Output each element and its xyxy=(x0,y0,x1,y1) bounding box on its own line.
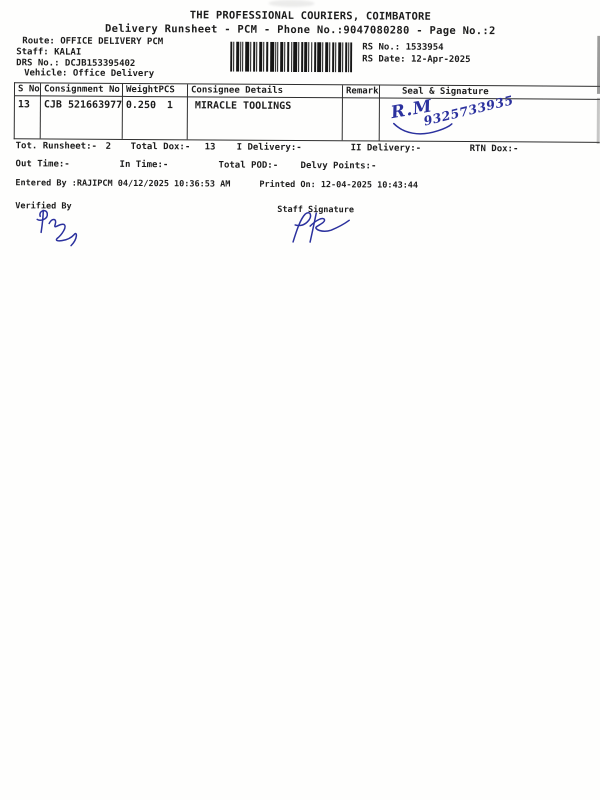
rs-date: RS Date: 12-Apr-2025 xyxy=(362,54,470,65)
col-header-pcs: PCS xyxy=(158,85,174,96)
col-header-sno: S No xyxy=(15,83,41,96)
col-header-weight-pcs: WeightPCS xyxy=(123,84,188,97)
scan-edge-artifact xyxy=(597,98,600,144)
in-time-label: In Time:- xyxy=(120,160,169,170)
delvy-points-label: Delvy Points:- xyxy=(301,161,377,171)
staff-line: Staff: KALAI xyxy=(16,47,81,57)
out-time-label: Out Time:- xyxy=(16,159,70,169)
seal-signature-flourish xyxy=(392,121,454,141)
tot-runsheet-value: 2 xyxy=(106,142,111,152)
cell-weight: 0.250 xyxy=(126,100,156,139)
printed-on-line: Printed On: 12-04-2025 10:43:44 xyxy=(259,180,418,191)
col-header-consignment: Consignment No xyxy=(41,83,123,97)
scan-smudge-artifact xyxy=(269,0,315,7)
entered-by-line: Entered By :RAJIPCM 04/12/2025 10:36:53 … xyxy=(15,178,230,189)
staff-signature xyxy=(287,211,353,249)
cell-consignee: MIRACLE TOOLINGS xyxy=(188,97,343,140)
col-header-weight: Weight xyxy=(126,85,159,96)
vehicle-line: Vehicle: Office Delivery xyxy=(24,68,154,79)
document-subtitle: Delivery Runsheet - PCM - Phone No.:9047… xyxy=(0,22,600,38)
tot-runsheet-label: Tot. Runsheet:- xyxy=(16,141,97,151)
scanned-sheet: THE PROFESSIONAL COURIERS, COIMBATORE De… xyxy=(0,0,600,800)
i-delivery-label: I Delivery:- xyxy=(237,143,302,153)
total-dox-label: Total Dox:- xyxy=(131,142,191,152)
company-title: THE PROFESSIONAL COURIERS, COIMBATORE xyxy=(20,8,600,24)
ii-delivery-label: II Delivery:- xyxy=(351,143,422,153)
col-header-consignee: Consignee Details xyxy=(188,84,343,98)
cell-pcs: 1 xyxy=(167,100,173,139)
route-line: Route: OFFICE DELIVERY PCM xyxy=(22,36,163,47)
cell-consignment: CJB 521663977 xyxy=(41,96,123,139)
col-header-remarks: Remarks xyxy=(343,85,380,98)
cell-sno: 13 xyxy=(15,96,41,138)
cell-remarks xyxy=(343,98,380,140)
runsheet-table: S No Consignment No WeightPCS Consignee … xyxy=(14,82,600,143)
rs-no: RS No.: 1533954 xyxy=(362,42,443,52)
barcode-icon xyxy=(230,42,352,73)
total-pod-label: Total POD:- xyxy=(219,161,279,171)
rtn-dox-label: RTN Dox:- xyxy=(470,144,519,154)
total-dox-value: 13 xyxy=(205,142,216,152)
runsheet-document: THE PROFESSIONAL COURIERS, COIMBATORE De… xyxy=(0,0,600,800)
verified-by-signature xyxy=(25,207,83,251)
cell-weight-pcs: 0.2501 xyxy=(123,97,188,139)
